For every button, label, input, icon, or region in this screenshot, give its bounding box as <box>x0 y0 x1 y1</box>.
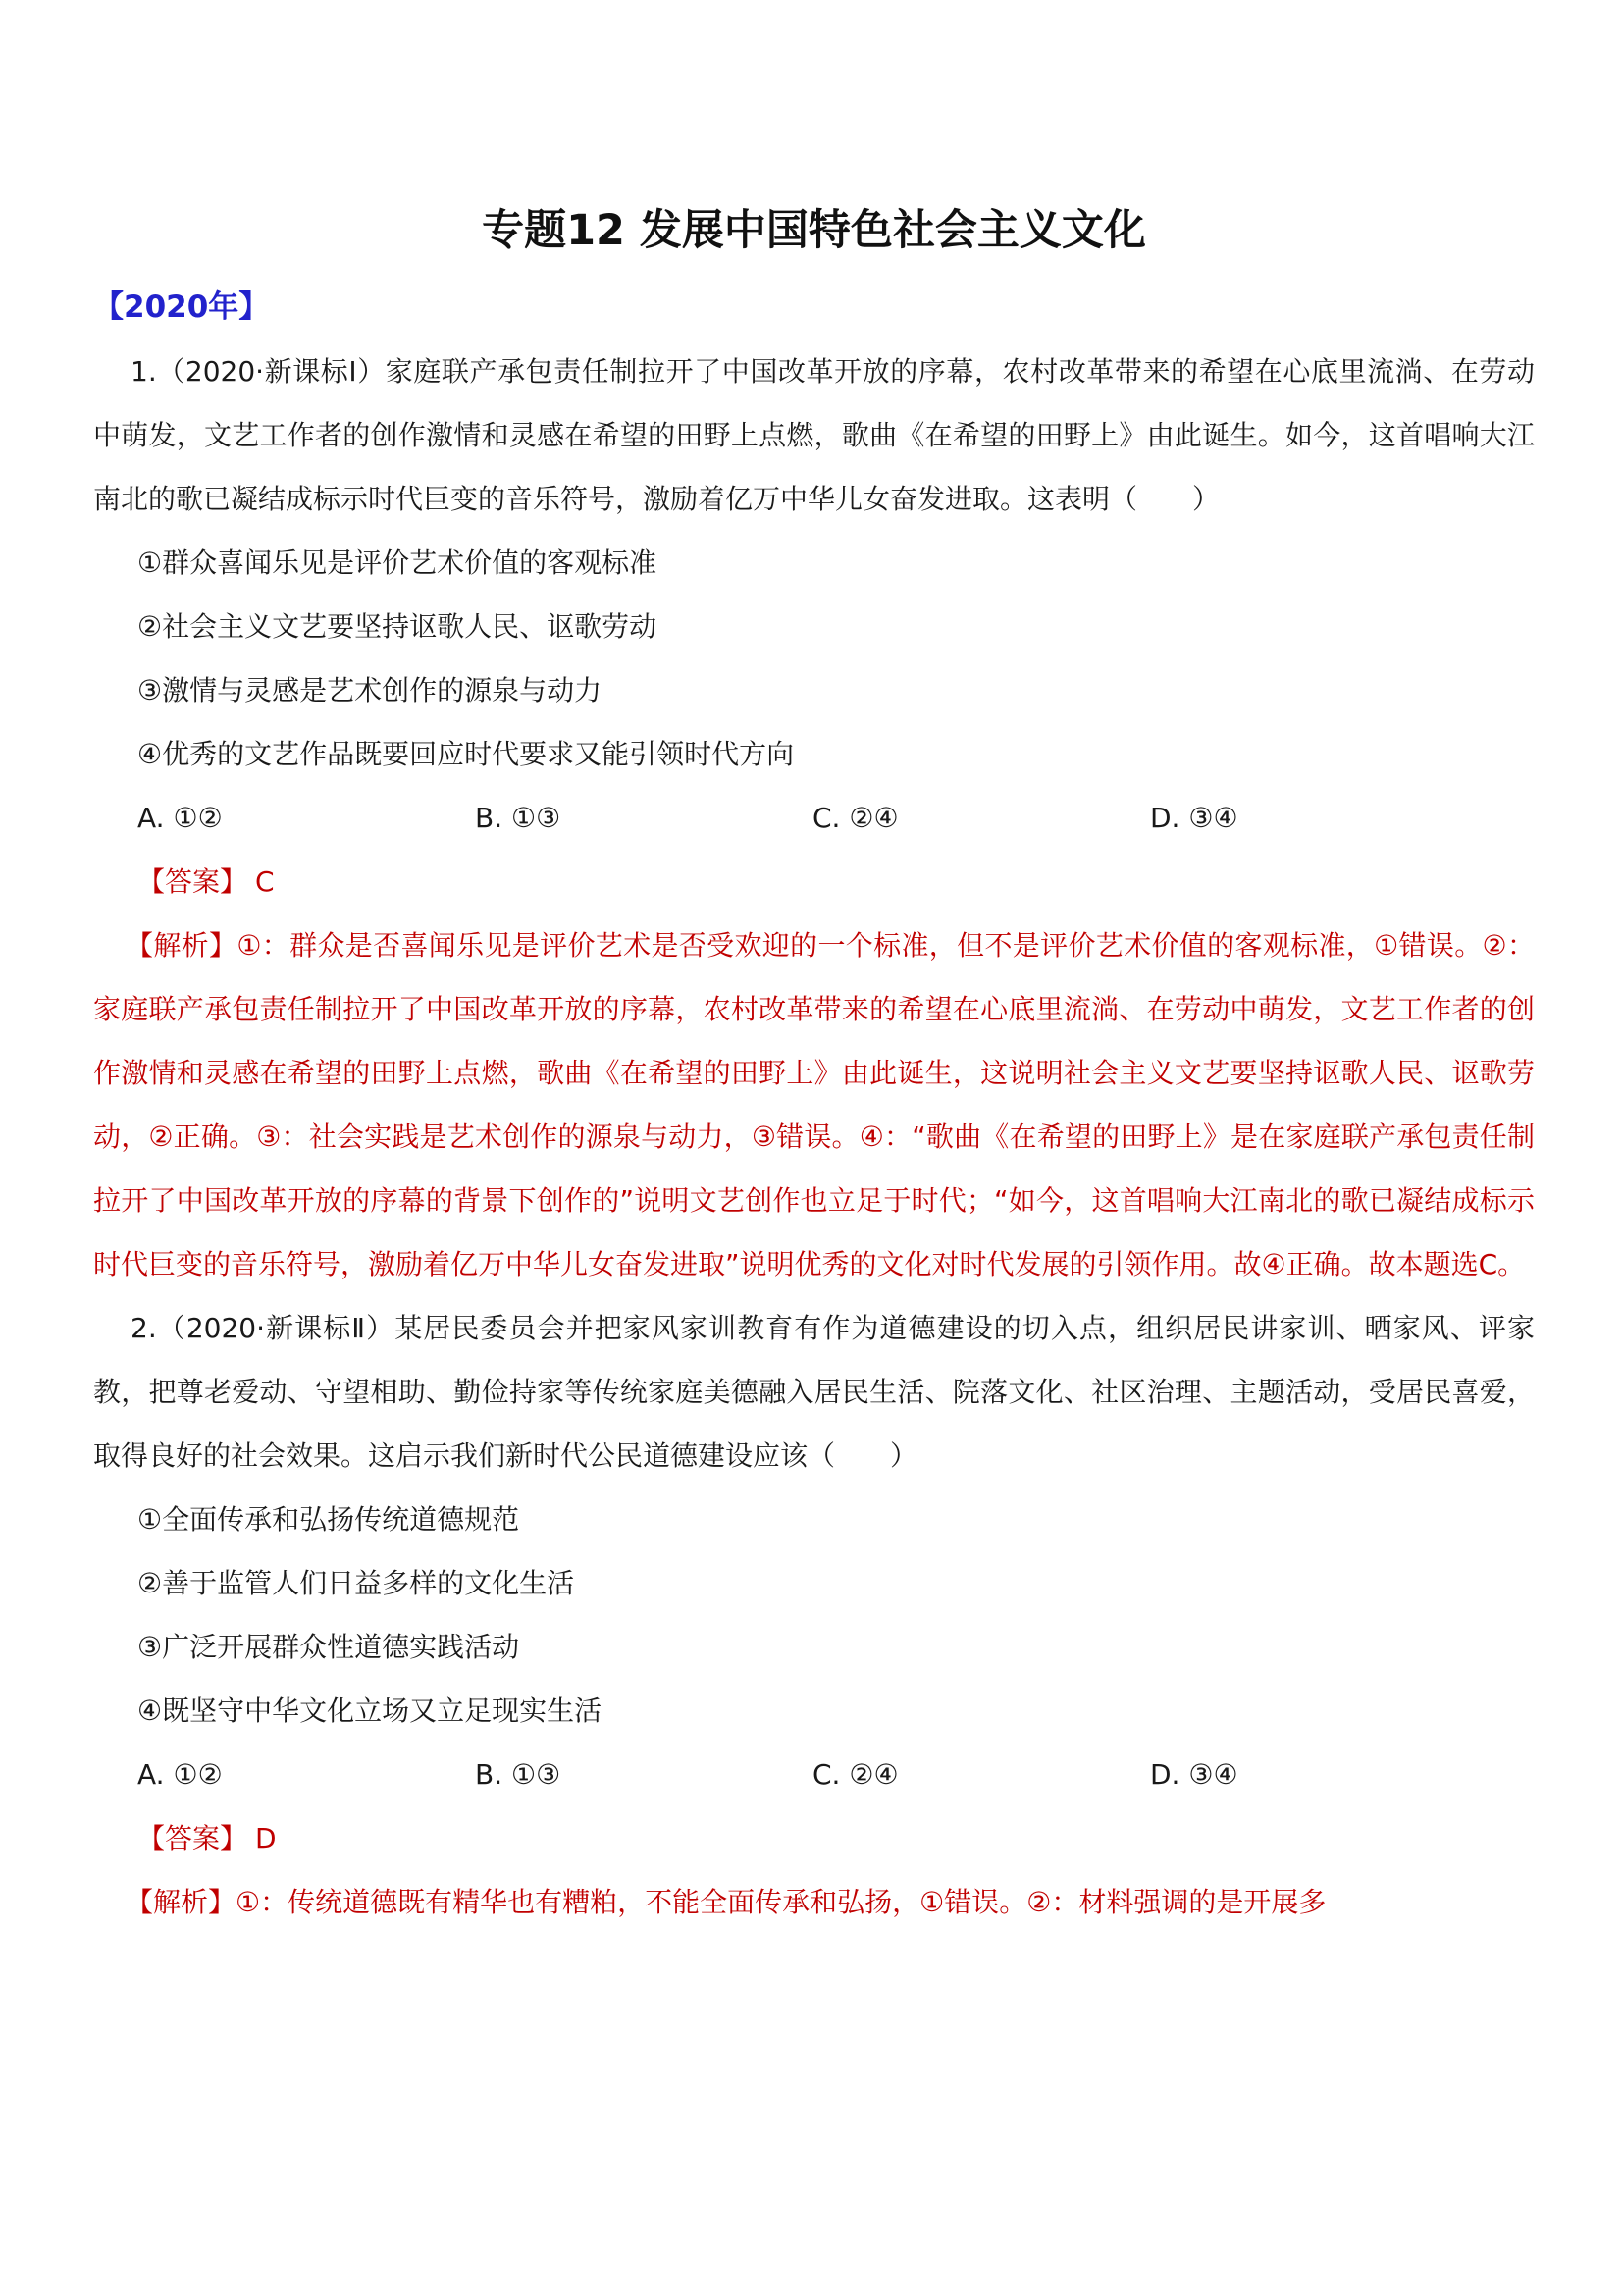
page-title: 专题12 发展中国特色社会主义文化 <box>93 198 1535 263</box>
question-2-choice-b: B. ①③ <box>475 1743 812 1806</box>
question-2-analysis: 【解析】①：传统道德既有精华也有糟粕，不能全面传承和弘扬，①错误。②：材料强调的… <box>93 1870 1535 1934</box>
question-1-option-2: ②社会主义文艺要坚持讴歌人民、讴歌劳动 <box>93 595 1535 658</box>
question-1-analysis: 【解析】①：群众是否喜闻乐见是评价艺术是否受欢迎的一个标准，但不是评价艺术价值的… <box>93 913 1535 1296</box>
question-1-choices: A. ①② B. ①③ C. ②④ D. ③④ <box>93 786 1535 850</box>
document-page: 专题12 发展中国特色社会主义文化 【2020年】 1.（2020·新课标Ⅰ）家… <box>0 0 1623 2296</box>
question-2-choice-d: D. ③④ <box>1150 1743 1488 1806</box>
answer-label: 【答案】 <box>137 1822 247 1854</box>
analysis-label: 【解析】 <box>126 929 236 962</box>
answer-label: 【答案】 <box>137 865 247 898</box>
question-1: 1.（2020·新课标Ⅰ）家庭联产承包责任制拉开了中国改革开放的序幕，农村改革带… <box>93 339 1535 1296</box>
question-1-option-4: ④优秀的文艺作品既要回应时代要求又能引领时代方向 <box>93 722 1535 786</box>
question-2-choices: A. ①② B. ①③ C. ②④ D. ③④ <box>93 1743 1535 1806</box>
question-1-choice-b: B. ①③ <box>475 786 812 850</box>
answer-value: D <box>255 1822 277 1854</box>
question-2-option-3: ③广泛开展群众性道德实践活动 <box>93 1615 1535 1679</box>
analysis-text: ①：传统道德既有精华也有糟粕，不能全面传承和弘扬，①错误。②：材料强调的是开展多 <box>236 1886 1326 1918</box>
analysis-text: ①：群众是否喜闻乐见是评价艺术是否受欢迎的一个标准，但不是评价艺术价值的客观标准… <box>93 929 1535 1280</box>
answer-value: C <box>255 865 275 898</box>
question-2-choice-a: A. ①② <box>137 1743 475 1806</box>
question-1-option-1: ①群众喜闻乐见是评价艺术价值的客观标准 <box>93 531 1535 595</box>
analysis-label: 【解析】 <box>126 1886 236 1918</box>
question-1-answer-line: 【答案】C <box>93 850 1535 913</box>
question-1-choice-c: C. ②④ <box>812 786 1150 850</box>
question-1-option-3: ③激情与灵感是艺术创作的源泉与动力 <box>93 658 1535 722</box>
question-2-option-4: ④既坚守中华文化立场又立足现实生活 <box>93 1679 1535 1743</box>
question-2-option-1: ①全面传承和弘扬传统道德规范 <box>93 1487 1535 1551</box>
question-2-stem: 2.（2020·新课标Ⅱ）某居民委员会并把家风家训教育有作为道德建设的切入点，组… <box>93 1296 1535 1487</box>
question-2-answer-line: 【答案】D <box>93 1806 1535 1870</box>
question-2-option-2: ②善于监管人们日益多样的文化生活 <box>93 1551 1535 1615</box>
question-2-choice-c: C. ②④ <box>812 1743 1150 1806</box>
question-1-choice-d: D. ③④ <box>1150 786 1488 850</box>
question-1-stem: 1.（2020·新课标Ⅰ）家庭联产承包责任制拉开了中国改革开放的序幕，农村改革带… <box>93 339 1535 531</box>
question-1-choice-a: A. ①② <box>137 786 475 850</box>
question-2: 2.（2020·新课标Ⅱ）某居民委员会并把家风家训教育有作为道德建设的切入点，组… <box>93 1296 1535 1934</box>
section-year-label: 【2020年】 <box>93 276 1535 339</box>
